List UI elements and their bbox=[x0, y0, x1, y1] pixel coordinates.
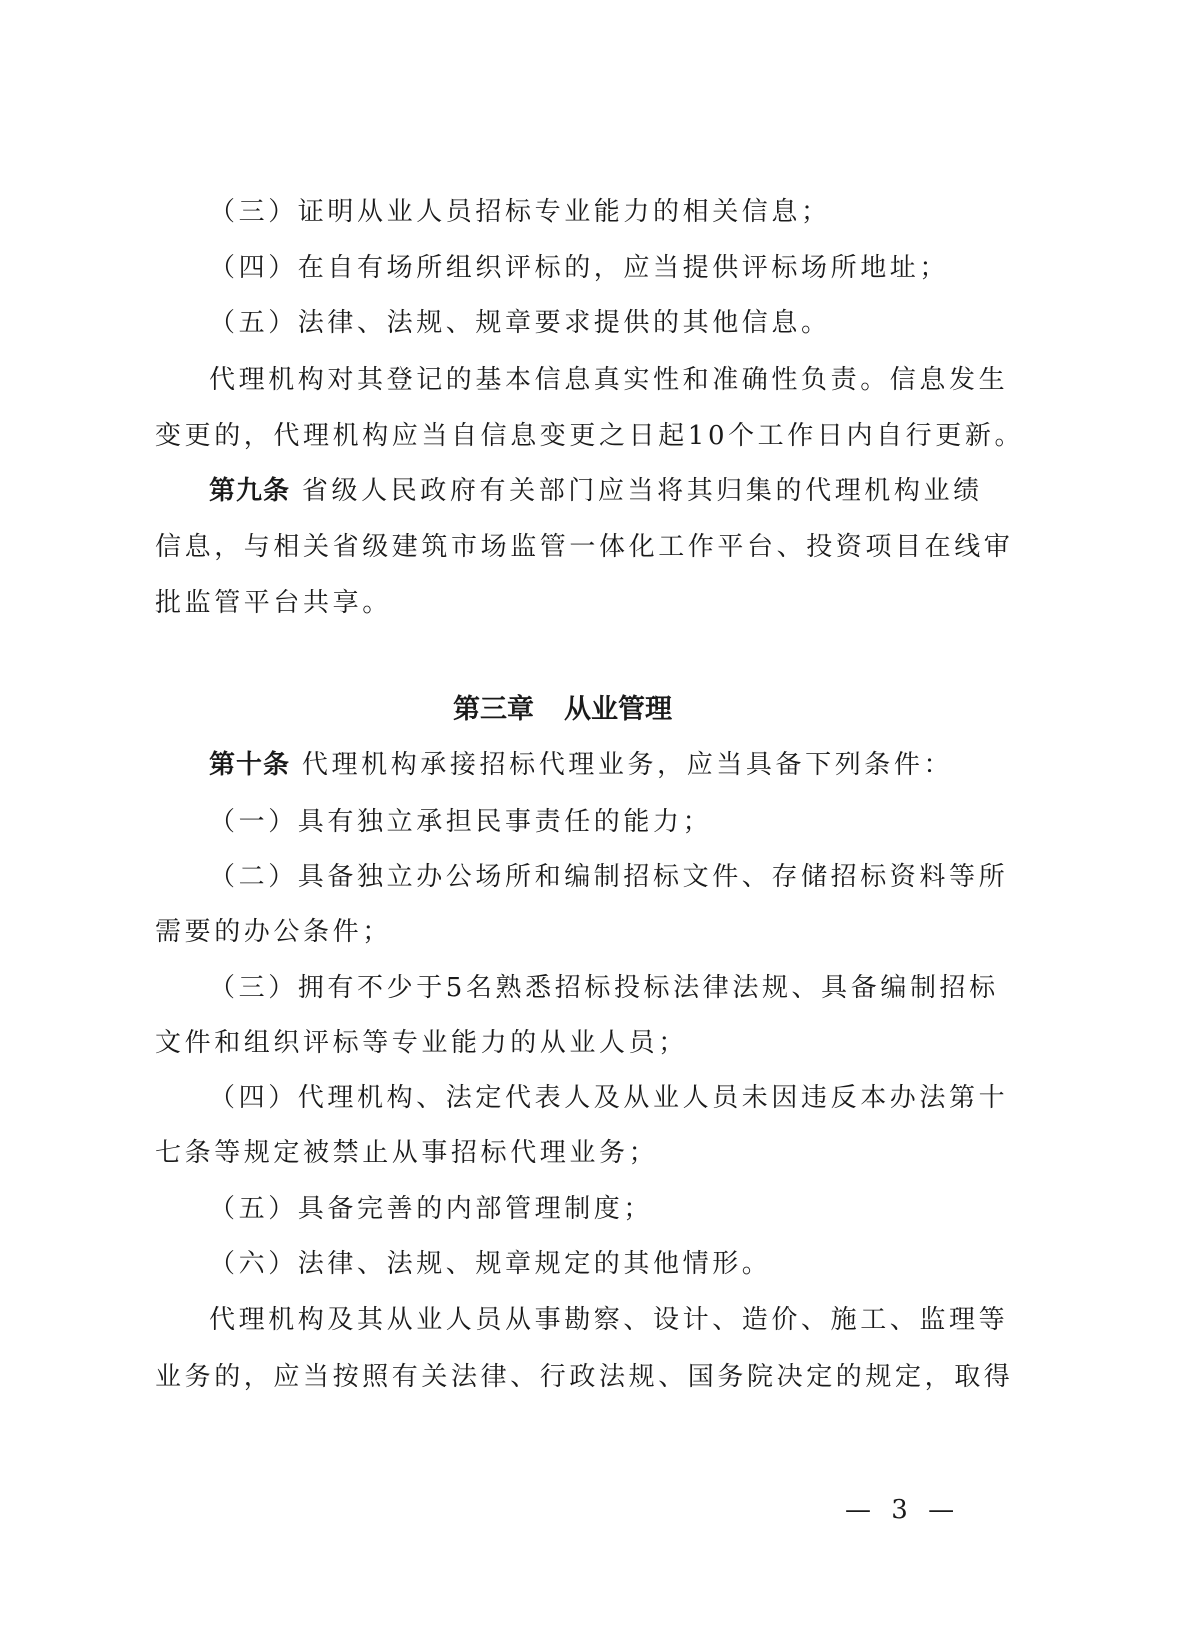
condition-4-line: （四）代理机构、法定代表人及从业人员未因违反本办法第十 bbox=[155, 1070, 970, 1126]
condition-6-line: （六）法律、法规、规章规定的其他情形。 bbox=[155, 1236, 970, 1292]
article-text: 代理机构承接招标代理业务，应当具备下列条件： bbox=[302, 750, 953, 780]
condition-5-line: （五）具备完善的内部管理制度； bbox=[155, 1181, 970, 1237]
item-3-line: （三）证明从业人员招标专业能力的相关信息； bbox=[155, 184, 970, 240]
article-text: 省级人民政府有关部门应当将其归集的代理机构业绩 bbox=[302, 476, 983, 506]
document-page: （三）证明从业人员招标专业能力的相关信息； （四）在自有场所组织评标的，应当提供… bbox=[0, 0, 1179, 1645]
chapter-heading: 第三章从业管理 bbox=[0, 682, 1125, 738]
paragraph-line: 变更的，代理机构应当自信息变更之日起10个工作日内自行更新。 bbox=[155, 408, 970, 464]
condition-1-line: （一）具有独立承担民事责任的能力； bbox=[155, 794, 970, 850]
item-5-line: （五）法律、法规、规章要求提供的其他信息。 bbox=[155, 295, 970, 351]
paragraph-line: 代理机构及其从业人员从事勘察、设计、造价、施工、监理等 bbox=[155, 1292, 970, 1348]
article-label: 第十条 bbox=[209, 750, 290, 780]
paragraph-line: 业务的，应当按照有关法律、行政法规、国务院决定的规定，取得 bbox=[155, 1349, 970, 1405]
paragraph-line: 代理机构对其登记的基本信息真实性和准确性负责。信息发生 bbox=[155, 352, 970, 408]
paragraph-line: 信息，与相关省级建筑市场监管一体化工作平台、投资项目在线审 bbox=[155, 519, 970, 575]
item-4-line: （四）在自有场所组织评标的，应当提供评标场所地址； bbox=[155, 240, 970, 296]
page-number: — 3 — bbox=[845, 1490, 960, 1530]
article-label: 第九条 bbox=[209, 476, 290, 506]
condition-3-line: （三）拥有不少于5名熟悉招标投标法律法规、具备编制招标 bbox=[155, 960, 970, 1016]
chapter-title: 从业管理 bbox=[564, 694, 672, 725]
article-9-line: 第九条 省级人民政府有关部门应当将其归集的代理机构业绩 bbox=[155, 463, 970, 519]
paragraph-line: 七条等规定被禁止从事招标代理业务； bbox=[155, 1125, 970, 1181]
chapter-number: 第三章 bbox=[453, 694, 534, 725]
paragraph-line: 文件和组织评标等专业能力的从业人员； bbox=[155, 1015, 970, 1071]
article-10-line: 第十条 代理机构承接招标代理业务，应当具备下列条件： bbox=[155, 737, 970, 793]
condition-2-line: （二）具备独立办公场所和编制招标文件、存储招标资料等所 bbox=[155, 849, 970, 905]
paragraph-line: 批监管平台共享。 bbox=[155, 575, 970, 631]
paragraph-line: 需要的办公条件； bbox=[155, 904, 970, 960]
